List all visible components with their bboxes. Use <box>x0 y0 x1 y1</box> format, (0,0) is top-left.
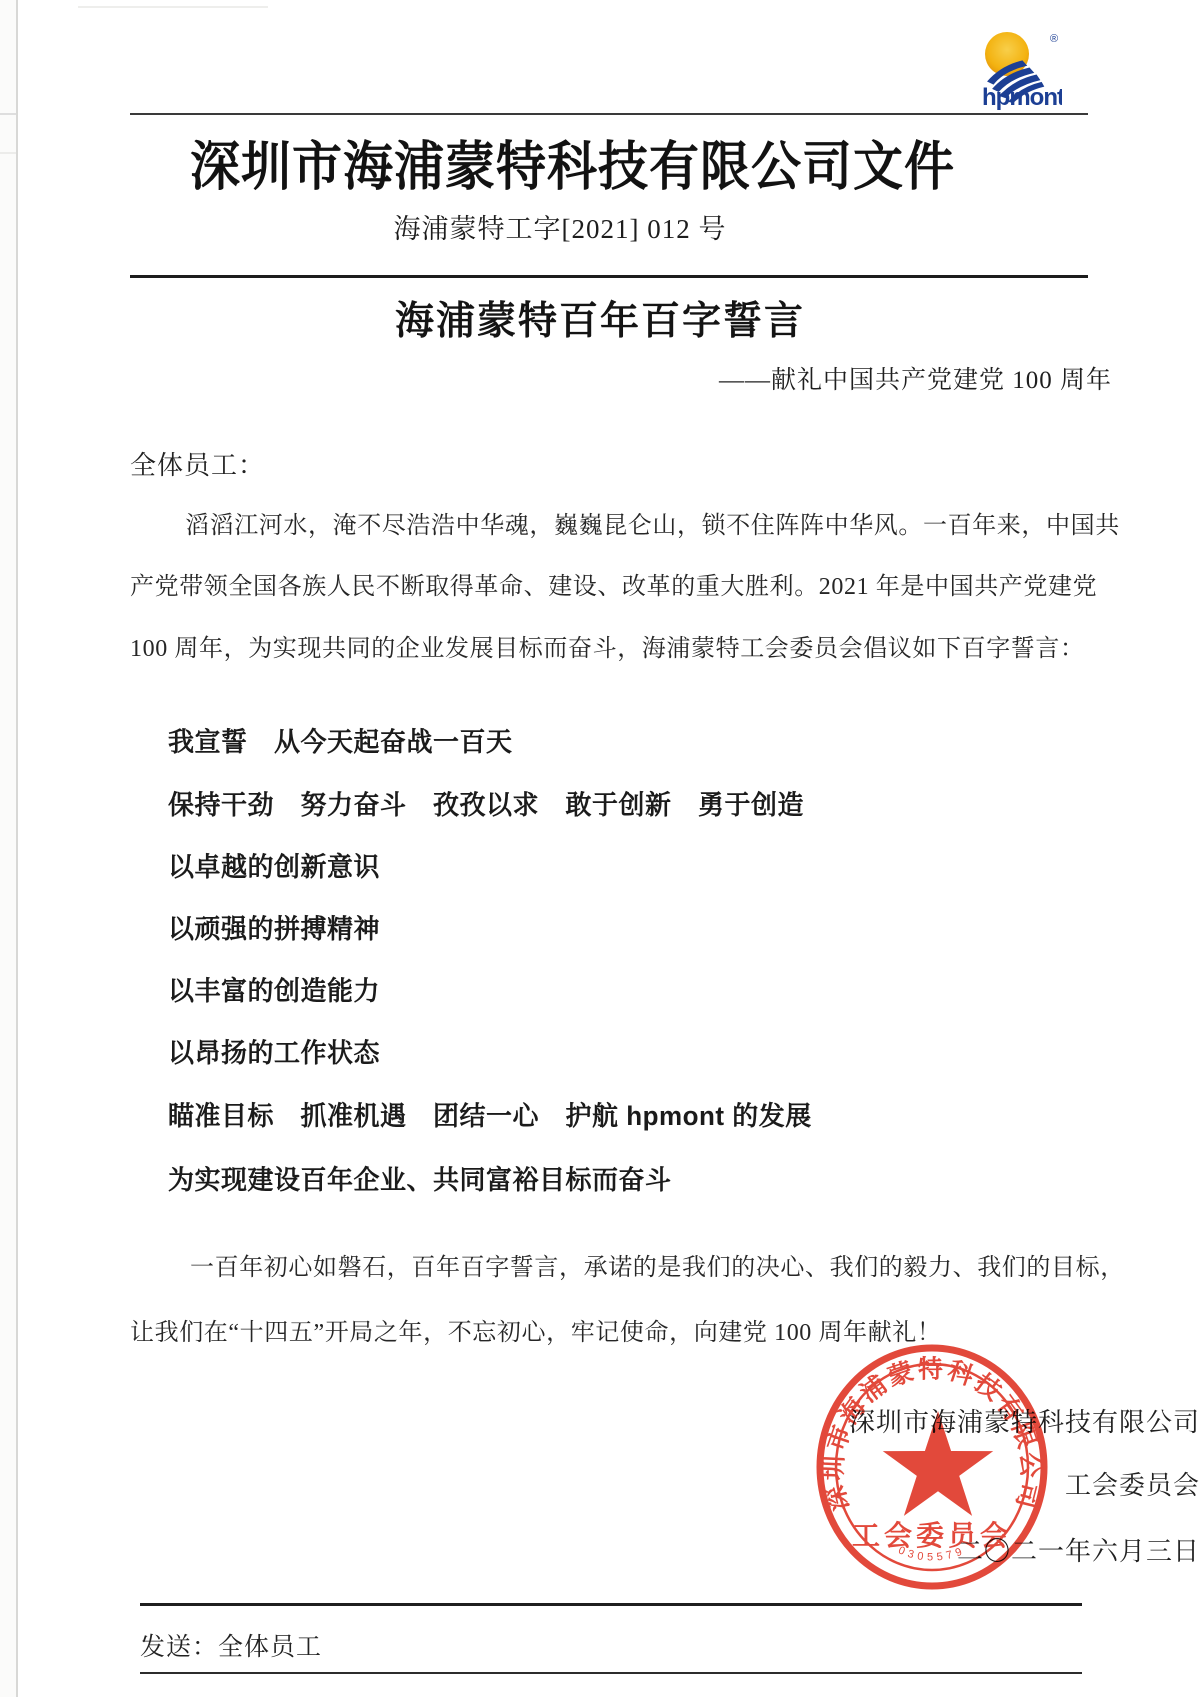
pledge-line: 以顽强的拼搏精神 <box>168 909 1098 947</box>
separator-rule <box>130 275 1088 278</box>
pledge-line: 保持干劲 努力奋斗 孜孜以求 敢于创新 勇于创造 <box>168 785 1098 823</box>
salutation: 全体员工： <box>130 445 265 482</box>
pledge-line: 瞄准目标 抓准机遇 团结一心 护航 hpmont 的发展 <box>168 1096 1098 1134</box>
pledge-line: 以丰富的创造能力 <box>168 971 1098 1009</box>
scan-artifact <box>0 113 16 115</box>
footer-rule <box>140 1672 1082 1674</box>
pledge-line: 以昂扬的工作状态 <box>168 1033 1098 1071</box>
closing-line: 一百年初心如磐石，百年百字誓言，承诺的是我们的决心、我们的毅力、我们的目标， <box>130 1247 1160 1282</box>
document-number: 海浦蒙特工字[2021] 012 号 <box>0 207 1120 246</box>
seal-inner-text: 工会委员会 <box>852 1520 1012 1551</box>
company-file-title: 深圳市海浦蒙特科技有限公司文件 <box>0 124 1145 200</box>
registered-trademark-icon: ® <box>1050 33 1058 45</box>
intro-line: 产党带领全国各族人民不断取得革命、建设、改革的重大胜利。2021 年是中国共产党… <box>130 566 1100 601</box>
intro-line: 滔滔江河水，淹不尽浩浩中华魂，巍巍昆仑山，锁不住阵阵中华风。一百年来，中国共 <box>130 505 1155 540</box>
document-page: hpmont ® 深圳市海浦蒙特科技有限公司文件 海浦蒙特工字[2021] 01… <box>0 0 1200 1697</box>
intro-line: 100 周年，为实现共同的企业发展目标而奋斗，海浦蒙特工会委员会倡议如下百字誓言… <box>130 628 1100 663</box>
pledge-line: 为实现建设百年企业、共同富裕目标而奋斗 <box>168 1160 1098 1198</box>
seal-star <box>883 1411 993 1516</box>
scan-artifact <box>78 6 268 8</box>
header-rule <box>130 113 1088 115</box>
seal-icon: 深圳市海浦蒙特科技有限公司 工会委员会 0305579 <box>814 1342 1050 1592</box>
scan-edge-artifact <box>0 0 18 1697</box>
document-title: 海浦蒙特百年百字誓言 <box>0 290 1200 346</box>
footer-rule <box>140 1603 1082 1606</box>
distribution-note: 发送：全体员工 <box>140 1627 322 1663</box>
document-subtitle: ——献礼中国共产党建党 100 周年 <box>719 360 1112 396</box>
pledge-line: 以卓越的创新意识 <box>168 847 1098 885</box>
pledge-line: 我宣誓 从今天起奋战一百天 <box>168 722 1098 760</box>
hpmont-logo-icon: hpmont ® <box>952 30 1062 110</box>
official-seal-stamp: 深圳市海浦蒙特科技有限公司 工会委员会 0305579 <box>814 1342 1050 1592</box>
logo-wordmark: hpmont <box>982 84 1062 110</box>
hpmont-logo: hpmont ® <box>952 30 1062 110</box>
